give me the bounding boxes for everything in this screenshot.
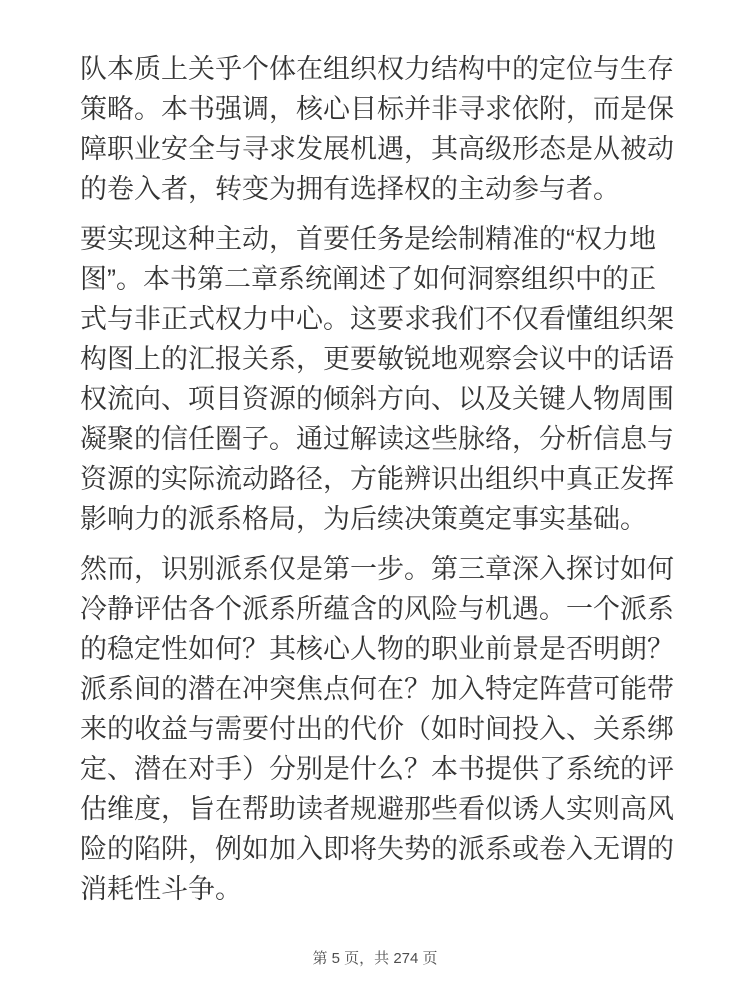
text-line: 定、潜在对手）分别是什么？本书提供了系统的评: [80, 749, 680, 789]
text-line: 消耗性斗争。: [80, 869, 680, 909]
text-line: 策略。本书强调，核心目标并非寻求依附，而是保: [80, 89, 680, 129]
text-line: 凝聚的信任圈子。通过解读这些脉络，分析信息与: [80, 419, 680, 459]
text-line: 式与非正式权力中心。这要求我们不仅看懂组织架: [80, 299, 680, 339]
text-line: 险的陷阱，例如加入即将失势的派系或卷入无谓的: [80, 829, 680, 869]
text-line: 要实现这种主动，首要任务是绘制精准的“权力地: [80, 219, 680, 259]
text-line: 资源的实际流动路径，方能辨识出组织中真正发挥: [80, 459, 680, 499]
document-page: 队本质上关乎个体在组织权力结构中的定位与生存 策略。本书强调，核心目标并非寻求依…: [0, 0, 750, 1000]
paragraph: 队本质上关乎个体在组织权力结构中的定位与生存 策略。本书强调，核心目标并非寻求依…: [80, 49, 680, 209]
paragraph: 要实现这种主动，首要任务是绘制精准的“权力地 图”。本书第二章系统阐述了如何洞察…: [80, 219, 680, 539]
text-line: 然而，识别派系仅是第一步。第三章深入探讨如何: [80, 549, 680, 589]
paragraph: 然而，识别派系仅是第一步。第三章深入探讨如何 冷静评估各个派系所蕴含的风险与机遇…: [80, 549, 680, 909]
text-line: 估维度，旨在帮助读者规避那些看似诱人实则高风: [80, 789, 680, 829]
text-line: 队本质上关乎个体在组织权力结构中的定位与生存: [80, 49, 680, 89]
text-line: 图”。本书第二章系统阐述了如何洞察组织中的正: [80, 259, 680, 299]
text-line: 权流向、项目资源的倾斜方向、以及关键人物周围: [80, 379, 680, 419]
page-footer: 第 5 页，共 274 页: [0, 950, 750, 968]
text-line: 派系间的潜在冲突焦点何在？加入特定阵营可能带: [80, 669, 680, 709]
text-line: 来的收益与需要付出的代价（如时间投入、关系绑: [80, 709, 680, 749]
text-line: 冷静评估各个派系所蕴含的风险与机遇。一个派系: [80, 589, 680, 629]
text-line: 影响力的派系格局，为后续决策奠定事实基础。: [80, 499, 680, 539]
page-indicator: 第 5 页，共 274 页: [312, 950, 437, 967]
text-line: 的稳定性如何？其核心人物的职业前景是否明朗？: [80, 629, 680, 669]
text-line: 构图上的汇报关系，更要敏锐地观察会议中的话语: [80, 339, 680, 379]
text-line: 障职业安全与寻求发展机遇，其高级形态是从被动: [80, 129, 680, 169]
page-content: 队本质上关乎个体在组织权力结构中的定位与生存 策略。本书强调，核心目标并非寻求依…: [0, 0, 750, 909]
text-line: 的卷入者，转变为拥有选择权的主动参与者。: [80, 169, 680, 209]
